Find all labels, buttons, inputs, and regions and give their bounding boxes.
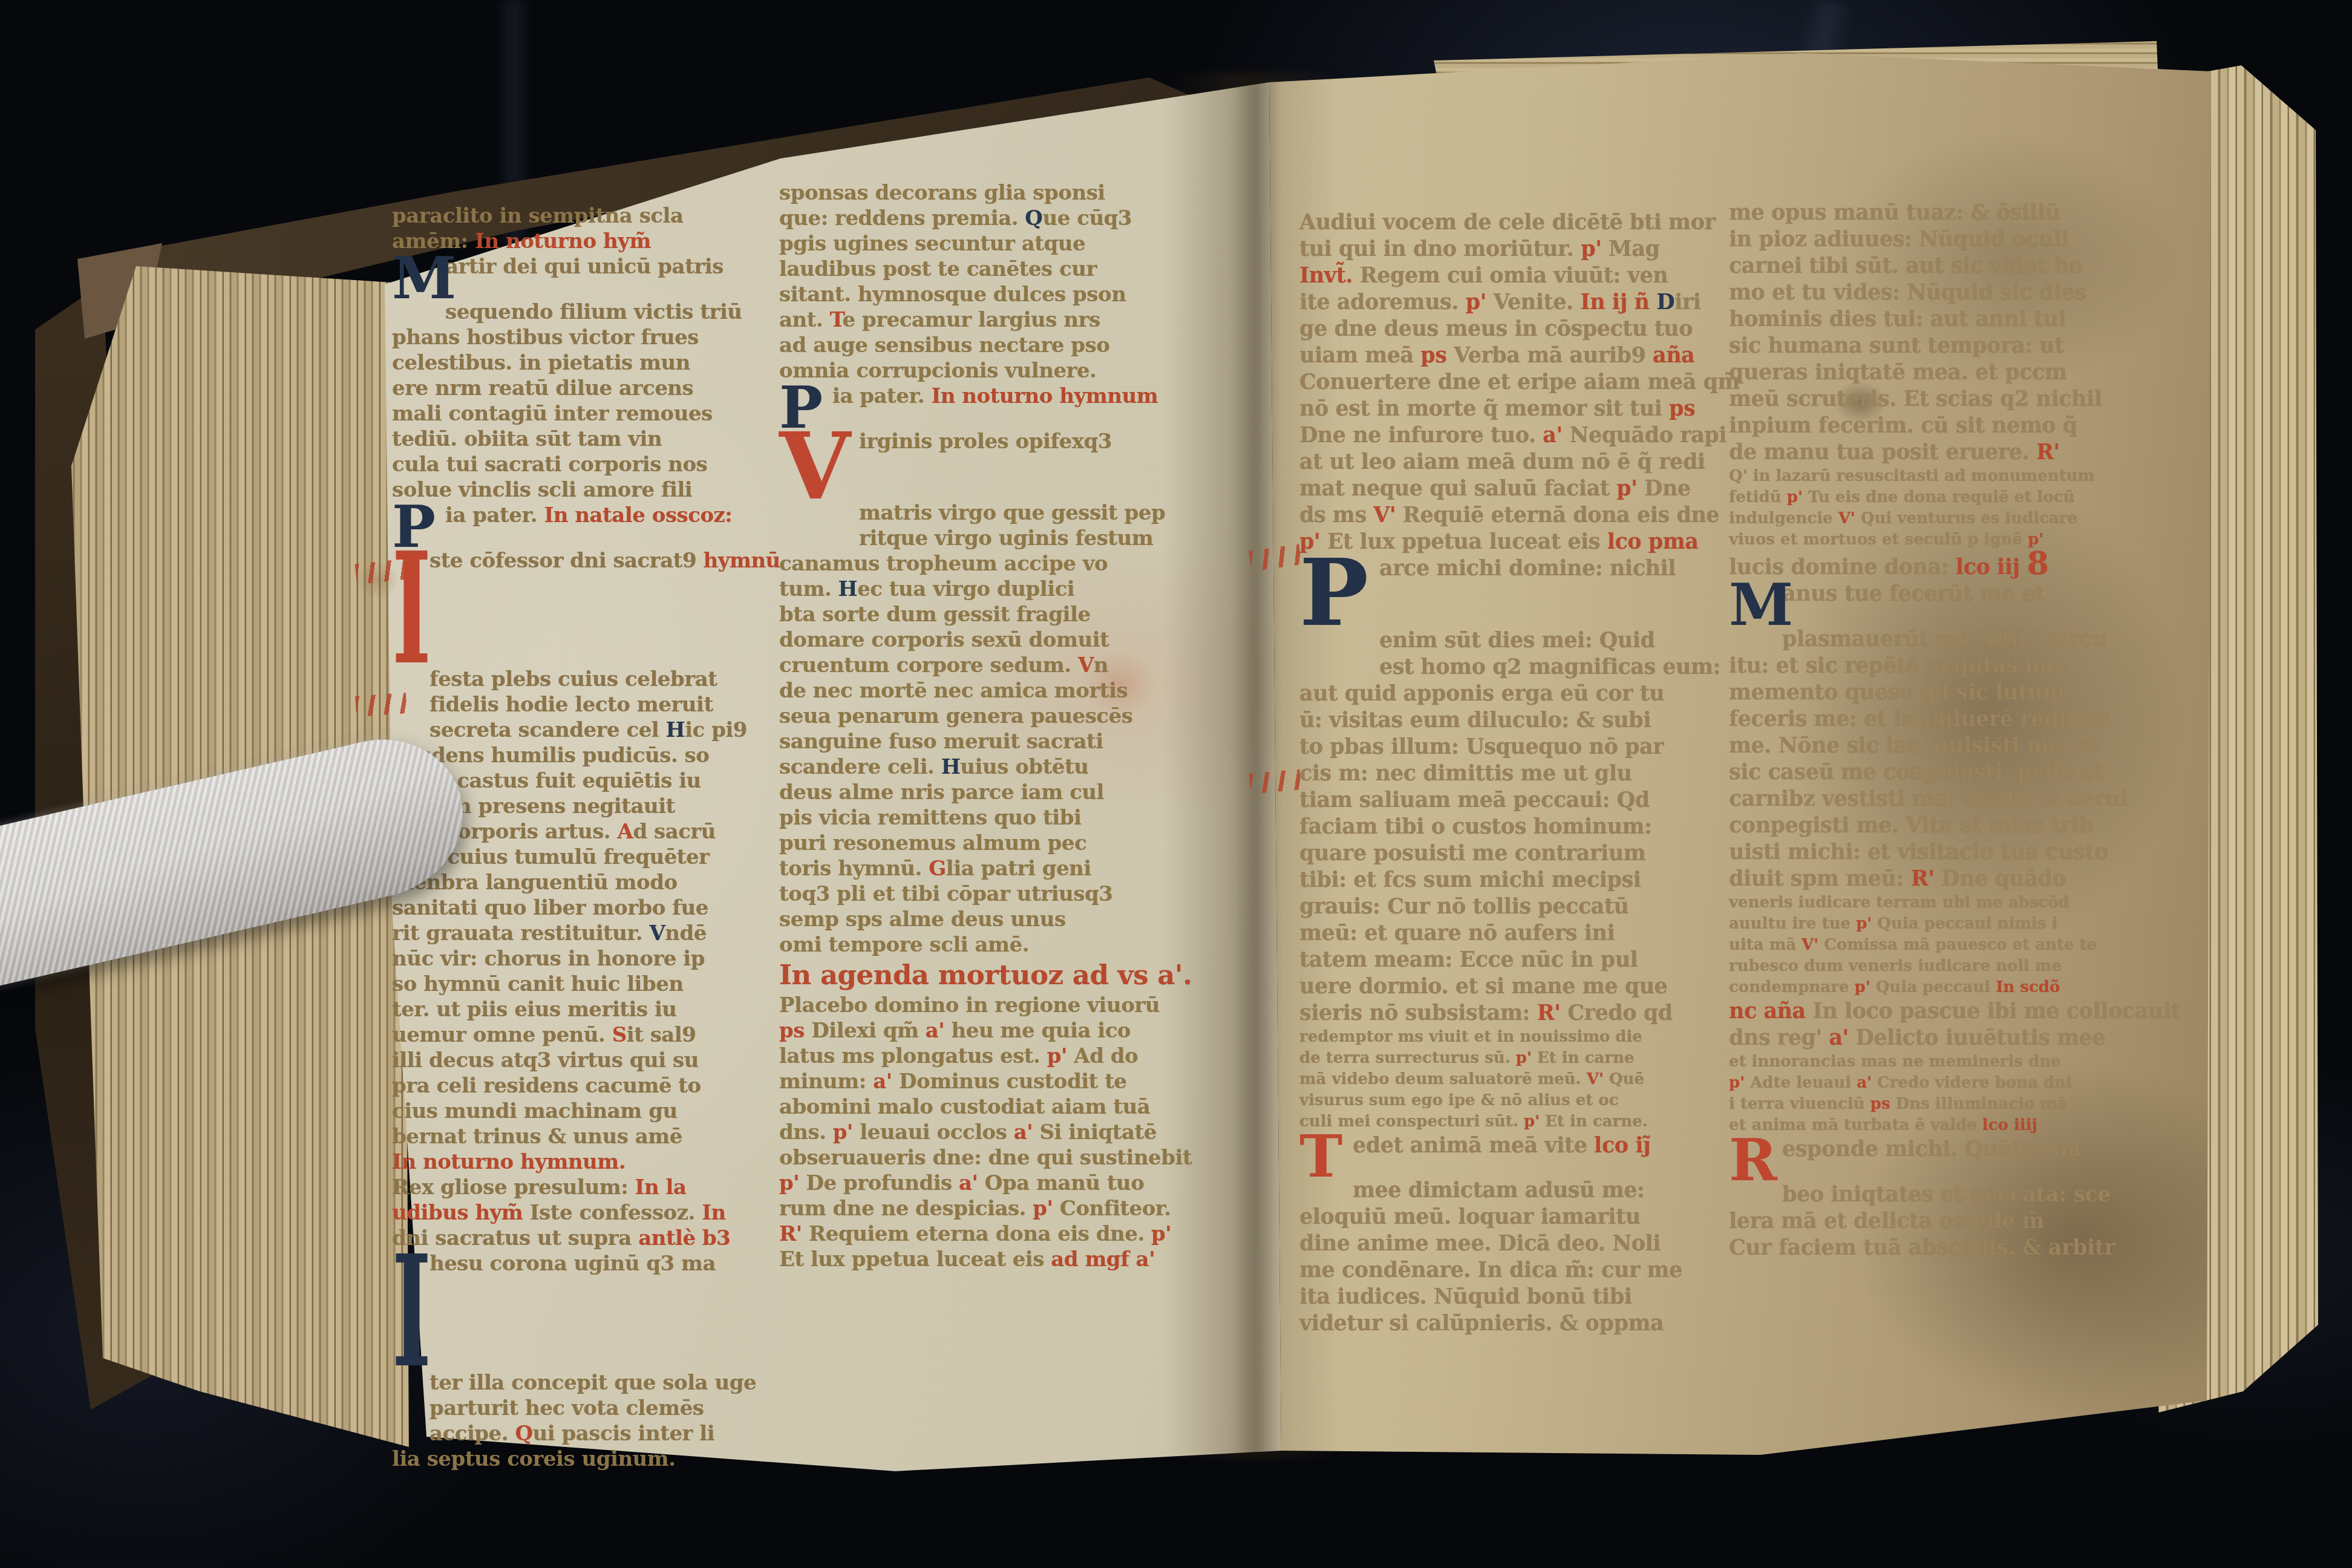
illuminated-initial: I [392,1253,413,1372]
manuscript-line: dns. p' leuaui occlos a' Si iniqtatē [779,1120,1171,1145]
manuscript-line: conpegisti me. Vita et mias trib [1729,812,2122,839]
text-segment: toq3 pli et tibi cōpar utriusq3 [779,882,1112,906]
manuscript-line: Manus tue fecerūt me et [1729,581,2122,626]
manuscript-line: faciam tibi o custos hominum: [1299,814,1706,840]
text-segment: enim sūt dies mei: Quid [1379,628,1655,653]
text-segment: p' [1033,1197,1053,1221]
manuscript-line: ad auge sensibus nectare pso [779,333,1171,358]
text-segment: ps [1669,396,1695,421]
manuscript-line: uiam meā ps Verba mā aurib9 aña [1299,342,1706,369]
text-segment: inpium fecerim. cū sit nemo q̃ [1729,413,2077,438]
text-segment: Tu eis dne dona requiē et locū [1803,488,2074,506]
text-segment: uisti michi: et visitacio tua custo [1729,840,2108,864]
text-segment: a' [1014,1120,1033,1145]
text-segment: Placebo domino in regione viuorū [779,993,1160,1018]
manuscript-line: Iste cōfessor dni sacrat9 hymnū [392,548,762,667]
text-segment: ds ms [1299,503,1373,528]
text-segment: scandere celi. [779,755,941,779]
manuscript-line: minum: a' Dominus custodit te [779,1069,1171,1094]
text-segment: viuos et mortuos et seculū p ignē [1729,531,2028,549]
manuscript-line: ritque virgo uginis festum [779,526,1171,551]
text-segment: V' [1838,509,1855,528]
manuscript-line: R' Requiem eterna dona eis dne. p' [779,1221,1171,1247]
text-segment: Q [1025,206,1042,230]
text-segment: paraclito in sempitna scla [392,204,684,228]
text-segment: conpegisti me. Vita et mias trib [1729,813,2093,838]
manuscript-line: lera mā et delicta ostēde m̃ [1729,1208,2122,1235]
manuscript-line: carnei tibi sūt. aut sic videt ho [1729,253,2122,279]
manuscript-line: so hymnū canit huic liben [392,972,762,997]
illuminated-initial: I [392,550,413,669]
text-segment: p' [1616,476,1637,501]
text-segment: Dilexi qm̃ [805,1019,926,1043]
text-segment: a' [959,1171,978,1195]
text-segment: tediū. obiita sūt tam vin [392,427,662,451]
right-page-column-1: Audiui vocem de cele dicētē bti mortui q… [1299,209,1706,1337]
manuscript-line: carnibz vestisti me: ossibz & nerui [1729,786,2122,812]
manuscript-line: fidelis hodie lecto meruit [392,692,762,717]
text-segment: me opus manū tuaz: & ōsiliū [1729,200,2060,225]
manuscript-line: tibi: et fcs sum michi mecipsi [1299,867,1706,893]
text-segment: festa plebs cuius celebrat [430,667,717,691]
text-segment: ad mgf a' [1051,1247,1155,1272]
text-segment: H [838,577,858,601]
text-segment: ter illa concepit que sola uge [430,1371,756,1395]
text-segment: sanguine fuso meruit sacrati [779,730,1103,754]
manuscript-line: hominis dies tui: aut anni tui [1729,306,2122,333]
text-segment: ite adoremus. [1299,290,1466,315]
text-segment: sanitati quo liber morbo fue [392,896,708,920]
text-segment: R' [779,1222,802,1246]
manuscript-line: Invt̃. Regem cui omia viuūt: ven [1299,263,1706,289]
manuscript-line: cis m: nec dimittis me ut glu [1299,760,1706,787]
text-segment: In loco pascue ibi me collocauit [1806,999,2180,1024]
text-segment: edet animā meā vite [1353,1133,1594,1158]
text-segment: heu me quia ico [944,1019,1131,1043]
text-segment: parturit hec vota clemēs [430,1396,704,1420]
manuscript-line: tiam saliuam meā peccaui: Qd [1299,787,1706,814]
manuscript-line: cula tui sacrati corporis nos [392,452,762,477]
text-segment: V [649,921,665,946]
manuscript-line: p' De profundis a' Opa manū tuo [779,1171,1171,1196]
manuscript-line: indulgencie V' Qui venturus es iudicare [1729,508,2122,529]
manuscript-line: Responde michi. Quātas ha [1729,1136,2122,1181]
manuscript-line: meū: et quare nō aufers ini [1299,920,1706,947]
text-segment: lco ij̃ [1594,1133,1650,1158]
text-segment: matris virgo que gessit pep [859,501,1165,525]
text-segment: toris hymnū. [779,857,929,881]
manuscript-line: Cur faciem tuā abscōdis. & arbitr [1729,1235,2122,1261]
text-segment: H [941,755,961,779]
text-segment: sponsas decorans glia sponsi [779,181,1105,205]
manuscript-line: Placebo domino in regione viuorū [779,993,1171,1018]
text-segment: a' [873,1070,892,1094]
text-segment: H [666,718,685,742]
text-segment: tum. [779,577,838,601]
manuscript-line: uita mā V' Comissa mā pauesco et ante te [1729,935,2122,956]
text-segment: In [702,1201,726,1225]
text-segment: Credo qd [1561,1001,1673,1025]
text-segment: p' [1855,978,1870,996]
manuscript-line: de manu tua posit eruere. R' [1729,439,2122,466]
manuscript-line: itu: et sic repētē pcipitas me: [1729,653,2122,679]
text-segment: visurus sum ego ipe & nō alius et oc [1299,1091,1618,1109]
text-segment: mo et tu vides: Nūquid sic dies [1729,280,2086,305]
text-segment: Et in carne [1532,1049,1635,1067]
text-segment: ge dne deus meus in cōspectu tuo [1299,316,1693,341]
text-segment: bernat trinus & unus amē [392,1125,682,1149]
text-segment: cula tui sacrati corporis nos [392,452,707,477]
manuscript-line: sitant. hymnosque dulces pson [779,282,1171,307]
text-segment: R' [1537,1001,1561,1025]
text-segment: diuit spm meū: [1729,866,1911,891]
manuscript-line: Et lux ppetua luceat eis ad mgf a' [779,1247,1171,1272]
text-segment: antlè b3 [638,1226,730,1250]
text-segment: solue vinclis scli amore fili [392,478,692,502]
text-segment: Dne ne infurore tuo. [1299,423,1543,448]
text-segment: sequendo filium victis triū [445,300,742,324]
text-segment: anus tue fecerūt me et [1782,581,2045,606]
manuscript-line: me opus manū tuaz: & ōsiliū [1729,200,2122,226]
text-segment: lia patri geni [946,857,1091,881]
text-segment: de manu tua posit eruere. [1729,440,2036,465]
text-segment: phans hostibus victor frues [392,325,699,350]
text-segment: Opa manū tuo [978,1171,1145,1195]
text-segment: Iste confessoz. [530,1201,702,1225]
text-segment: veneris iudicare terram ubi me abscōd [1729,893,2069,912]
illuminated-initial: M [1729,583,1782,628]
text-segment: Comissa mā pauesco et ante te [1818,936,2097,954]
manuscript-line: accipe. Qui pascis inter li [392,1421,762,1446]
text-segment: uemur omne penū. [392,1023,612,1047]
text-segment: fidelis hodie lecto meruit [430,693,713,717]
text-segment: A [617,820,633,844]
manuscript-line: canamus tropheum accipe vo [779,551,1171,577]
text-segment: tatem meam: Ecce nūc in pul [1299,947,1638,972]
text-segment: domare corporis sexū domuit [779,628,1109,652]
manuscript-line: ite adoremus. p' Venite. In ij ñ Diri [1299,289,1706,316]
text-segment: mā videbo deum saluatorē meū. [1299,1070,1587,1088]
text-segment: pra celi residens cacumē to [392,1074,701,1098]
manuscript-line: ter. ut piis eius meritis iu [392,997,762,1022]
text-segment: auultu ire tue [1729,915,1856,933]
manuscript-line: seua penarum genera pauescēs [779,704,1171,729]
text-segment: p' [1729,1074,1745,1092]
manuscript-line: rit grauata restituitur. Vndē [392,921,762,946]
manuscript-line: Tedet animā meā vite lco ij̃ [1299,1132,1706,1178]
manuscript-line: grauis: Cur nō tollis peccatū [1299,893,1706,920]
manuscript-line: ant. Te precamur largius nrs [779,307,1171,333]
text-segment: Q [515,1422,532,1446]
text-segment: semp sps alme deus unus [779,907,1066,932]
text-segment: grauis: Cur nō tollis peccatū [1299,894,1629,919]
manuscript-line: abomini malo custodiat aiam tuā [779,1094,1171,1120]
text-segment: ue cūq3 [1042,206,1132,230]
text-segment: p' [1524,1112,1540,1131]
text-segment: ad auge sensibus nectare pso [779,333,1109,358]
text-segment: sic caseū me coagulasti: pelle et [1729,760,2103,785]
manuscript-line: sic humana sunt tempora: ut [1729,333,2122,359]
text-segment: In natale osscoz: [544,503,732,528]
manuscript-line: dine anime mee. Dicā deo. Noli [1299,1230,1706,1257]
text-segment: bta sorte dum gessit fragile [779,603,1091,627]
manuscript-line: tatem meam: Ecce nūc in pul [1299,947,1706,973]
manuscript-line: condempnare p' Quia peccaui In scdõ [1729,977,2122,998]
manuscript-line: illi decus atq3 virtus qui su [392,1048,762,1073]
text-segment: mali contagiū inter remoues [392,402,713,426]
text-segment: ic pi9 [685,718,747,742]
text-segment: me condēnare. In dica m̃: cur me [1299,1258,1682,1282]
text-segment: sieris nō subsistam: [1299,1001,1537,1025]
text-segment: videtur si calūpnieris. & oppma [1299,1311,1664,1336]
manuscript-line: me condēnare. In dica m̃: cur me [1299,1257,1706,1284]
text-segment: meū: et quare nō aufers ini [1299,921,1615,946]
text-segment: to pbas illum: Usquequo nō par [1299,734,1664,759]
manuscript-line: bta sorte dum gessit fragile [779,602,1171,627]
manuscript-line: est homo q2 magnificas eum: [1299,654,1706,681]
manuscript-line: domare corporis sexū domuit [779,627,1171,653]
manuscript-line: obseruaueris dne: dne qui sustinebit [779,1145,1171,1171]
text-segment: Regem cui omia viuūt: ven [1353,263,1668,288]
text-segment: lia septus coreis uginum. [392,1447,676,1471]
text-segment: leuaui occlos [853,1120,1014,1145]
text-segment: p' [1516,1049,1532,1067]
manuscript-line: meū scruteris. Et scias q2 nichil [1729,386,2122,413]
text-segment: hymnū [703,549,780,573]
manuscript-line: nc aña In loco pascue ibi me collocauit [1729,998,2122,1025]
manuscript-line: Pia pater. In natale osscoz: [392,503,762,548]
manuscript-line: latus ms plongatus est. p' Ad do [779,1044,1171,1069]
manuscript-line: sanguine fuso meruit sacrati [779,729,1171,754]
text-segment: De profundis [799,1171,959,1195]
text-segment: udibus hym̃ [392,1201,530,1225]
text-segment: pgis ugines secuntur atque [779,232,1085,256]
text-segment: ter. ut piis eius meritis iu [392,998,677,1022]
manuscript-line: fetidū p' Tu eis dne dona requiē et locū [1729,487,2122,508]
text-segment: aut quid apponis erga eū cor tu [1299,681,1664,706]
manuscript-line: phans hostibus victor frues [392,325,762,350]
text-segment: omnia corrupcionis vulnere. [779,359,1096,383]
text-segment: a' [1543,423,1562,448]
manuscript-line: mat neque qui saluū faciat p' Dne [1299,475,1706,502]
manuscript-line: nūc vir: chorus in honore ip [392,946,762,972]
text-segment: Verba mā aurib9 [1447,343,1653,368]
manuscript-line: de nec mortē nec amica mortis [779,678,1171,704]
manuscript-line: diuit spm meū: R' Dne quādo [1729,866,2122,892]
manuscript-line: udibus hym̃ Iste confessoz. In [392,1200,762,1226]
text-segment: Conuertere dne et eripe aiam meā qm̃ [1299,370,1740,394]
left-page-column-2: sponsas decorans glia sponsique: reddens… [779,180,1171,1272]
right-page-column-2: me opus manū tuaz: & ōsiliūin pioz adiuu… [1729,200,2122,1261]
text-segment: accipe. [430,1422,515,1446]
text-segment: V' [1373,503,1396,528]
manuscript-line: i terra viuenciū ps Dns illuminacio mā [1729,1094,2122,1115]
text-segment: Requiem eterna dona eis dne. [802,1222,1151,1246]
manuscript-line: parturit hec vota clemēs [392,1396,762,1421]
illuminated-initial: R [1729,1138,1782,1183]
text-segment: Ad do [1067,1044,1138,1068]
text-segment: In la [635,1175,687,1200]
text-segment: Qui venturus es iudicare [1855,509,2077,528]
manuscript-line: uisti michi: et visitacio tua custo [1729,839,2122,866]
manuscript-line: Audiui vocem de cele dicētē bti mor [1299,209,1706,236]
text-segment: eloquiū meū. loquar iamaritu [1299,1204,1641,1229]
text-segment: memento queso qd sic lutum [1729,680,2065,705]
manuscript-line: auultu ire tue p' Quia peccaui nimis i [1729,913,2122,935]
text-segment: at ut leo aiam meā dum nō ē q̃ redi [1299,449,1705,474]
manuscript-line: uere dormio. et si mane me que [1299,973,1706,1000]
manuscript-line: semp sps alme deus unus [779,907,1171,932]
manuscript-line: pgis ugines secuntur atque [779,231,1171,256]
manuscript-line: Martir dei qui unicū patris [392,254,762,299]
text-segment: tui qui in dno moriūtur. [1299,237,1581,261]
text-segment: carnibz vestisti me: ossibz & nerui [1729,786,2128,811]
text-segment: e precamur largius nrs [843,308,1100,332]
manuscript-line: dns reg' a' Delicto iuuētutis mee [1729,1025,2122,1051]
text-segment: d sacrū [633,820,716,844]
text-segment: In noturno hym̃ [475,229,651,253]
manuscript-line: redemptor ms viuit et in nouissimo die [1299,1027,1706,1048]
manuscript-line: lia septus coreis uginum. [392,1446,762,1472]
text-segment: cruentum corpore sedum. [779,653,1078,678]
manuscript-line: festa plebs cuius celebrat [392,667,762,692]
manuscript-line: Conuertere dne et eripe aiam meā qm̃ [1299,369,1706,396]
manuscript-line: Ihesu corona uginū q3 ma [392,1251,762,1370]
manuscript-line: rum dne ne despicias. p' Confiteor. [779,1196,1171,1221]
manuscript-line: me. Nōne sic lac mulsisti me. et [1729,733,2122,759]
text-segment: feceris me: et in puluerē reduces [1729,707,2111,731]
text-segment: que: reddens premia. [779,206,1025,230]
text-segment: iri [1674,290,1701,315]
text-segment: omi tempore scli amē. [779,933,1029,957]
manuscript-line: secreta scandere cel Hic pi9 [392,717,762,743]
manuscript-line: rubesco dum veneris iudicare noli me [1729,956,2122,977]
text-segment: lera mā et delicta ostēde m̃ [1729,1209,2044,1233]
manuscript-line: quare posuisti me contrarium [1299,840,1706,867]
text-segment: R' [2036,440,2060,465]
manuscript-line: Rex gliose presulum: In la [392,1175,762,1200]
manuscript-line: celestibus. in pietatis mun [392,350,762,376]
text-segment: plasmauerūt me totū i circu [1782,627,2106,652]
pen-trial-marks [1249,769,1302,794]
text-segment: et innorancias mas ne memineris dne [1729,1053,2061,1071]
text-segment: mat neque qui saluū faciat [1299,476,1616,501]
manuscript-line: toris hymnū. Glia patri geni [779,856,1171,881]
text-segment: secreta scandere cel [430,718,666,742]
text-segment: T [830,308,843,332]
illuminated-initial: V [779,431,859,503]
text-segment: a' [926,1019,944,1043]
manuscript-line: Virginis proles opifexq3 [779,429,1171,501]
manuscript-line: beo iniqtates et peccata: sce [1729,1181,2122,1208]
text-segment: redemptor ms viuit et in nouissimo die [1299,1028,1642,1046]
manuscript-line: ds ms V' Requiē eternā dona eis dne [1299,502,1706,529]
manuscript-line: sic caseū me coagulasti: pelle et [1729,759,2122,786]
text-segment: V' [1587,1070,1604,1088]
manuscript-line: culi mei conspecturi sūt. p' Et in carne… [1299,1111,1706,1132]
text-segment: V [1078,653,1094,678]
manuscript-line: ere nrm reatū dilue arcens [392,376,762,401]
text-segment: de terra surrecturus sū. [1299,1049,1516,1067]
text-segment: hesu corona uginū q3 ma [430,1252,716,1276]
illuminated-initial: T [1299,1134,1353,1180]
manuscript-line: deus alme nris parce iam cul [779,780,1171,805]
text-segment: Adte leuaui [1745,1074,1857,1092]
text-segment: me. Nōne sic lac mulsisti me. et [1729,733,2099,758]
manuscript-line: de terra surrecturus sū. p' Et in carne [1299,1048,1706,1069]
manuscript-line: cius mundi machinam gu [392,1099,762,1124]
manuscript-line: cruentum corpore sedum. Vn [779,653,1171,678]
text-segment: n [1094,653,1108,678]
text-segment: ritque virgo uginis festum [859,526,1153,550]
text-segment: R' [1911,866,1935,891]
manuscript-line: mee dimictam adusū me: [1299,1177,1706,1204]
text-segment: Dne quādo [1934,866,2066,891]
text-segment: menbra languentiū modo [392,871,678,895]
text-segment: indulgencie [1729,509,1838,528]
text-segment: carnei tibi sūt. aut sic videt ho [1729,253,2083,278]
text-segment: In scdõ [1996,978,2060,996]
text-segment: Si iniqtatē [1033,1120,1157,1145]
manuscript-line: mā videbo deum saluatorē meū. V' Quē [1299,1069,1706,1090]
text-segment: rum dne ne despicias. [779,1197,1033,1221]
manuscript-line: aut quid apponis erga eū cor tu [1299,681,1706,707]
text-segment: fetidū [1729,488,1787,506]
text-segment: Rex gliose presulum: [392,1175,635,1200]
text-segment: Quē [1604,1070,1644,1088]
text-segment: queras iniqtatē mea. et pccm [1729,360,2066,385]
manuscript-line: toq3 pli et tibi cōpar utriusq3 [779,881,1171,907]
manuscript-line: viuos et mortuos et seculū p ignē p' [1729,529,2122,550]
manuscript-line: videtur si calūpnieris. & oppma [1299,1310,1706,1337]
text-segment: i terra viuenciū [1729,1095,1870,1113]
manuscript-line: dni sacratus ut supra antlè b3 [392,1226,762,1251]
manuscript-line: at ut leo aiam meā dum nō ē q̃ redi [1299,449,1706,475]
manuscript-line: In noturno hymnum. [392,1149,762,1175]
manuscript-line: in pioz adiuues: Nūquid oculi [1729,226,2122,253]
text-segment: meū scruteris. Et scias q2 nichil [1729,387,2102,411]
manuscript-line: queras iniqtatē mea. et pccm [1729,359,2122,386]
text-segment: arce michi domine: nichil [1379,556,1676,581]
text-segment: uita mā [1729,936,1802,954]
text-segment: laudibus post te canētes cur [779,257,1097,281]
text-segment: V' [1802,936,1818,954]
text-segment: artir dei qui unicū patris [445,255,724,279]
text-segment: lco pma [1607,529,1699,554]
text-segment: ste cōfessor dni sacrat9 [430,549,703,573]
text-segment: ū: visitas eum diluculo: & subi [1299,708,1651,733]
manuscript-line: In agenda mortuoz ad vs a'. [779,958,1171,993]
text-segment: In noturno hymnum. [392,1150,626,1174]
text-segment: cius mundi machinam gu [392,1099,678,1123]
text-segment: Dns illuminacio mā [1890,1095,2067,1113]
text-segment: Quia peccaui [1870,978,1996,996]
text-segment: p' [1151,1222,1171,1246]
text-segment: p' [1581,237,1601,261]
text-segment: aña [1653,343,1694,368]
text-segment: dns. [779,1120,833,1145]
manuscript-line: p' Adte leuaui a' Credo videre bona dni [1729,1073,2122,1094]
text-segment: Nequādo rapi [1563,423,1726,448]
manuscript-line: bernat trinus & unus amē [392,1124,762,1149]
manuscript-line: ū: visitas eum diluculo: & subi [1299,707,1706,734]
text-segment: rit grauata restituitur. [392,921,649,946]
illuminated-initial: M [392,256,445,301]
text-segment: tibi: et fcs sum michi mecipsi [1299,867,1641,892]
manuscript-line: to pbas illum: Usquequo nō par [1299,734,1706,760]
text-segment: mee dimictam adusū me: [1353,1178,1644,1203]
text-segment: dns reg' [1729,1025,1829,1050]
